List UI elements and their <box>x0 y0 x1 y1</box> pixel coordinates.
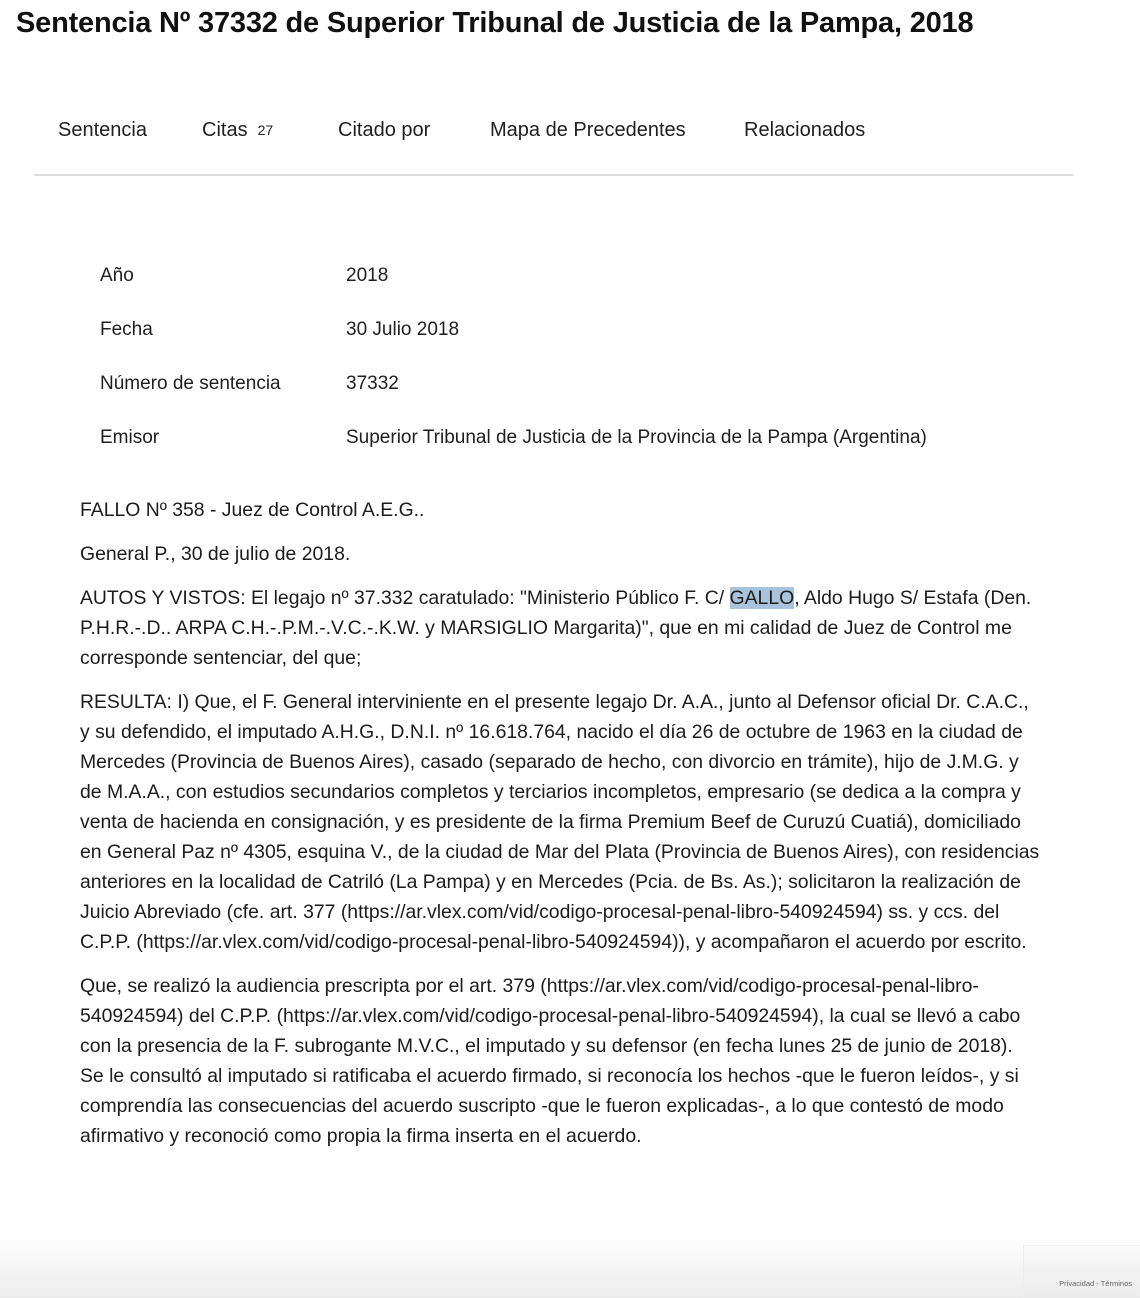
meta-value: Superior Tribunal de Justicia de la Prov… <box>346 418 927 458</box>
recaptcha-badge[interactable]: Privacidad - Términos <box>1023 1245 1140 1298</box>
text-segment: AUTOS Y VISTOS: El legajo nº 37.332 cara… <box>80 587 730 609</box>
paragraph-audiencia: Que, se realizó la audiencia prescripta … <box>80 971 1040 1151</box>
badge-links: Privacidad - Términos <box>1059 1279 1132 1288</box>
citas-count-badge: 27 <box>258 122 274 138</box>
terms-link[interactable]: Términos <box>1101 1279 1132 1288</box>
tab-label: Mapa de Precedentes <box>490 119 686 141</box>
meta-label: Año <box>100 256 134 296</box>
tab-label: Citas <box>202 119 248 141</box>
privacy-link[interactable]: Privacidad <box>1059 1279 1094 1288</box>
tab-label: Citado por <box>338 119 430 141</box>
meta-label: Número de sentencia <box>100 364 281 404</box>
meta-value: 37332 <box>346 364 399 404</box>
sentence-body: FALLO Nº 358 - Juez de Control A.E.G.. G… <box>80 495 1040 1165</box>
meta-value: 2018 <box>346 256 388 296</box>
tab-citas[interactable]: Citas27 <box>202 118 273 142</box>
meta-value: 30 Julio 2018 <box>346 310 459 350</box>
tab-citado-por[interactable]: Citado por <box>338 118 430 142</box>
tab-label: Sentencia <box>58 119 147 141</box>
paragraph-place-date: General P., 30 de julio de 2018. <box>80 539 1040 569</box>
highlighted-search-term: GALLO <box>730 587 795 609</box>
tab-sentencia[interactable]: Sentencia <box>58 118 147 142</box>
paragraph-fallo: FALLO Nº 358 - Juez de Control A.E.G.. <box>80 495 1040 525</box>
tab-relacionados[interactable]: Relacionados <box>744 118 865 142</box>
paragraph-autos-y-vistos: AUTOS Y VISTOS: El legajo nº 37.332 cara… <box>80 583 1040 673</box>
paragraph-resulta: RESULTA: I) Que, el F. General intervini… <box>80 687 1040 957</box>
meta-label: Emisor <box>100 418 159 458</box>
tab-label: Relacionados <box>744 119 865 141</box>
page-title: Sentencia Nº 37332 de Superior Tribunal … <box>16 4 973 42</box>
tab-mapa-de-precedentes[interactable]: Mapa de Precedentes <box>490 118 686 142</box>
bottom-fade-overlay <box>0 1236 1140 1298</box>
document-tabs: Sentencia Citas27 Citado por Mapa de Pre… <box>34 100 1073 176</box>
meta-label: Fecha <box>100 310 153 350</box>
